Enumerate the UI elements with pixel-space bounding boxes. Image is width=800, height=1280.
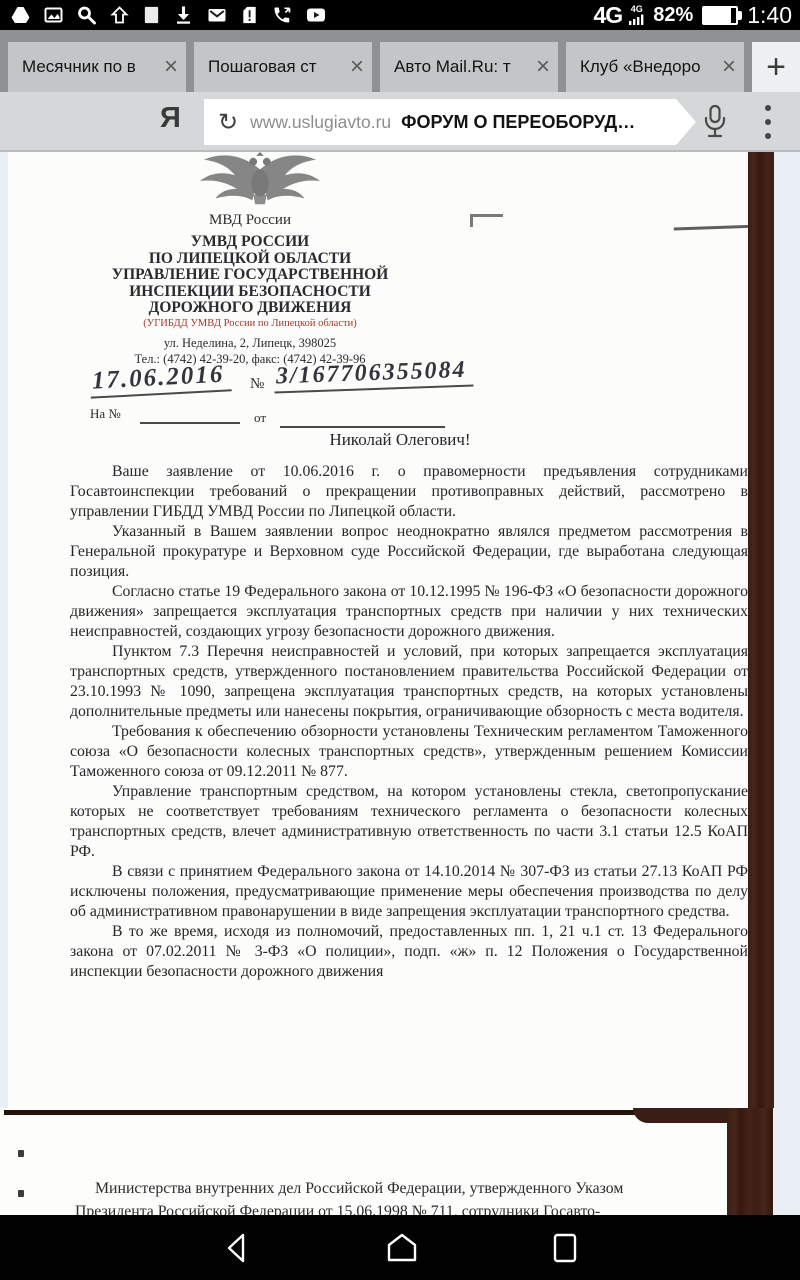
new-tab-button[interactable]: + (752, 42, 800, 92)
paragraph: Управление транспортным средством, на ко… (70, 782, 748, 862)
margin-mark (18, 1150, 24, 1157)
search-icon (76, 5, 97, 25)
page-separator-line (4, 1110, 730, 1115)
page-url: www.uslugiavto.ru (250, 112, 391, 133)
org-address: ул. Неделина, 2, Липецк, 398025 (20, 336, 480, 351)
network-badge: 4G (631, 5, 643, 14)
back-button[interactable] (220, 1231, 254, 1265)
wood-table-edge (748, 152, 774, 1108)
org-abbreviation: (УГИБДД УМВД России по Липецкой области) (20, 318, 480, 329)
mvd-eagle-emblem-icon (192, 152, 328, 212)
org-name: УМВД РОССИИ ПО ЛИПЕЦКОЙ ОБЛАСТИ УПРАВЛЕН… (20, 234, 480, 317)
tab-4[interactable]: Клуб «Внедоро × (566, 42, 744, 92)
gmail-icon (206, 5, 228, 25)
ministry-line: МВД России (20, 212, 480, 229)
ref-number-label: На № (90, 406, 121, 422)
page2-right-margin (773, 1108, 800, 1215)
clock: 1:40 (747, 2, 792, 29)
outgoing-number-block: 17.06.2016 № 3/167706355084 На № от (90, 364, 520, 434)
gallery-icon (43, 5, 64, 25)
home-button[interactable] (384, 1231, 420, 1265)
signal-bars-icon (629, 14, 644, 25)
microphone-icon[interactable] (700, 103, 730, 141)
paragraph: Пунктом 7.3 Перечня неисправностей и усл… (70, 642, 748, 722)
page-title: ФОРУМ О ПЕРЕОБОРУД… (401, 112, 635, 133)
ref-number-blank (140, 422, 240, 424)
tab-1-close-icon[interactable]: × (164, 55, 178, 79)
screenshot-icon (142, 5, 161, 25)
battery-percent: 82% (653, 4, 693, 27)
wood-edge-right (727, 1108, 773, 1215)
upload-icon (109, 5, 130, 25)
browser-menu-icon[interactable] (758, 102, 778, 142)
paragraph: В связи с принятием Федерального закона … (70, 862, 748, 922)
tab-4-close-icon[interactable]: × (722, 55, 736, 79)
tab-2-close-icon[interactable]: × (350, 55, 364, 79)
recents-button[interactable] (550, 1231, 580, 1265)
tab-1-label: Месячник по в (22, 57, 160, 77)
handwritten-number: 3/167706355084 (274, 357, 474, 394)
android-screen: 4G 4G 82% 1:40 Месячник по в × Пошаговая… (0, 0, 800, 1280)
tab-3-close-icon[interactable]: × (536, 55, 550, 79)
page2-text-line: Министерства внутренних дел Российской Ф… (95, 1180, 725, 1198)
paragraph: В то же время, исходя из полномочий, пре… (70, 922, 748, 982)
omnibox[interactable]: ↻ www.uslugiavto.ru ФОРУМ О ПЕРЕОБОРУД… (204, 99, 696, 145)
paragraph: Ваше заявление от 10.06.2016 г. о правом… (70, 462, 748, 522)
sdcard-alert-icon (240, 5, 259, 25)
outgoing-call-icon (271, 5, 293, 25)
letter-body: Ваше заявление от 10.06.2016 г. о правом… (70, 462, 748, 982)
page2-text-line-clipped: Президента Российской Федерации от 15.06… (75, 1203, 725, 1215)
battery-icon (702, 6, 738, 25)
reload-icon[interactable]: ↻ (218, 108, 238, 137)
tab-2-label: Пошаговая ст (208, 57, 346, 77)
download-icon (173, 5, 194, 25)
margin-mark (18, 1190, 24, 1197)
page-right-margin (774, 152, 800, 1108)
android-nav-bar (0, 1215, 800, 1280)
paragraph: Согласно статье 19 Федерального закона о… (70, 582, 748, 642)
ref-date-label: от (254, 410, 266, 426)
status-right: 4G 4G 82% 1:40 (594, 2, 800, 29)
drive-icon (10, 5, 31, 25)
scanned-letter-page-1[interactable]: МВД России УМВД РОССИИ ПО ЛИПЕЦКОЙ ОБЛАС… (0, 152, 800, 1108)
tab-strip: Месячник по в × Пошаговая ст × Авто Mail… (0, 30, 800, 92)
tab-1[interactable]: Месячник по в × (8, 42, 186, 92)
scanned-letter-page-2[interactable]: Министерства внутренних дел Российской Ф… (0, 1108, 773, 1215)
status-bar: 4G 4G 82% 1:40 (0, 0, 800, 30)
tab-3[interactable]: Авто Mail.Ru: т × (380, 42, 558, 92)
yandex-logo[interactable]: Я (160, 102, 181, 135)
youtube-icon (305, 5, 327, 25)
handwritten-date: 17.06.2016 (89, 360, 231, 398)
tab-3-label: Авто Mail.Ru: т (394, 57, 532, 77)
notification-icons (0, 5, 594, 25)
paragraph: Указанный в Вашем заявлении вопрос неодн… (70, 522, 748, 582)
address-corner-mark-left (470, 214, 503, 227)
paragraph: Требования к обеспечению обзорности уста… (70, 722, 748, 782)
tab-2[interactable]: Пошаговая ст × (194, 42, 372, 92)
tab-4-label: Клуб «Внедоро (580, 57, 718, 77)
number-sign: № (250, 376, 264, 393)
address-bar: Я ↻ www.uslugiavto.ru ФОРУМ О ПЕРЕОБОРУД… (0, 92, 800, 152)
network-type: 4G (594, 2, 623, 29)
ref-date-blank (280, 426, 445, 428)
salutation: Николай Олегович! (60, 430, 740, 450)
page-left-margin (0, 152, 8, 1108)
